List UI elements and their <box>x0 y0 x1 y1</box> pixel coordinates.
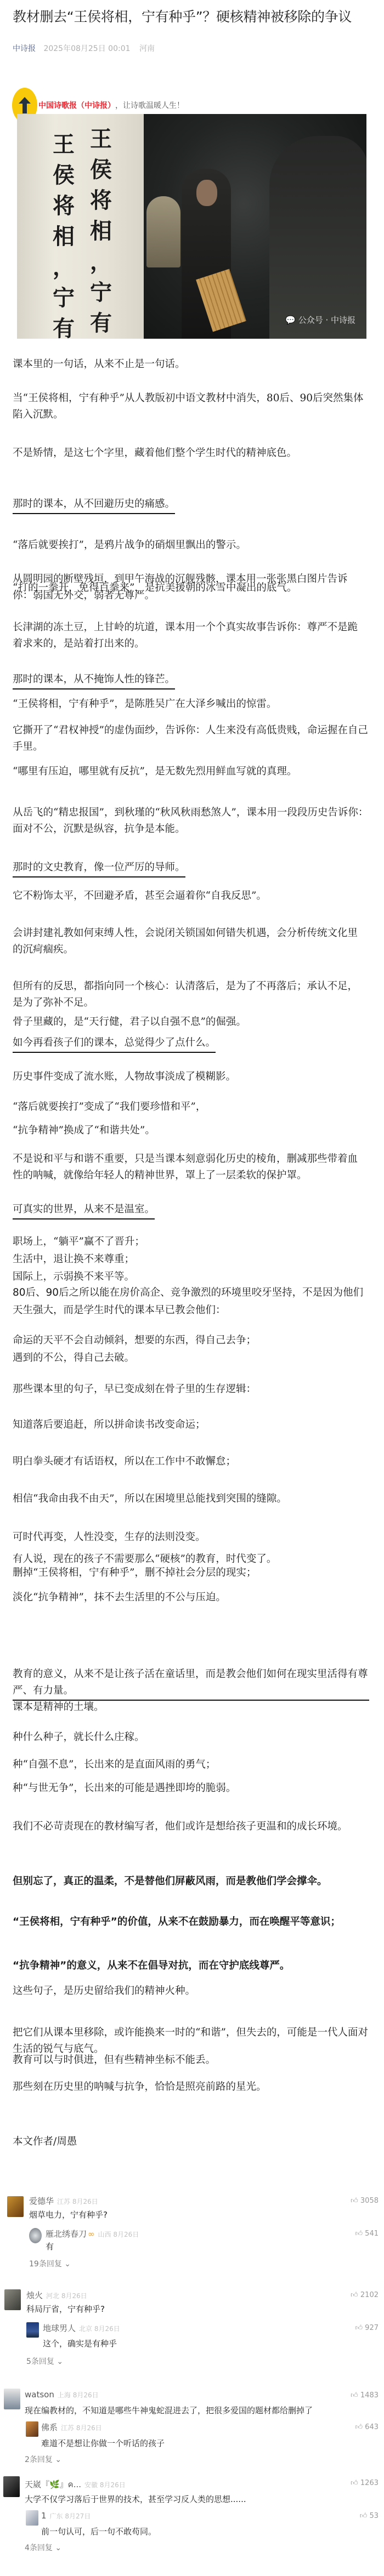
paragraph: 从岳飞的“精忠报国”，到秋瑾的“秋风秋雨愁煞人”，课本用一段段历史告诉你：面对不… <box>13 805 375 837</box>
section-heading: 那时的文史教育，像一位严厉的导师。 <box>13 859 185 877</box>
like-button[interactable]: 👍︎ 541 <box>355 2230 379 2238</box>
paragraph: 长津湖的冻土豆，上甘岭的坑道，课本用一个个真实故事告诉你：尊严不是跪着求来的，是… <box>13 619 364 652</box>
seated-figure <box>146 196 180 267</box>
section-heading: 那时的课本，从不掩饰人性的锋芒。 <box>13 671 175 689</box>
paragraph: 历史事件变成了流水账，人物故事淡成了模糊影。 <box>13 1069 369 1085</box>
comment-username[interactable]: 爱德华 <box>29 2196 54 2206</box>
paragraph: 删掉“王侯将相，宁有种乎”，删不掉社会分层的现实； <box>13 1565 369 1581</box>
avatar[interactable] <box>4 2289 21 2310</box>
avatar[interactable] <box>26 2510 38 2526</box>
paragraph: 这些句子，是历史留给我们的精神火种。 <box>13 1983 372 1999</box>
avatar[interactable] <box>7 2196 24 2217</box>
calligraphy-column-left: 王侯将相，宁有种乎 <box>50 129 77 339</box>
comment: 天崴『🌿』ค...安徽 8月26日 👍︎ 1263 大学不仅学习落后于世界的技术… <box>0 2475 384 2562</box>
reply-text: 难道不是想让你做一个听话的孩子 <box>41 2437 165 2449</box>
expand-replies-button[interactable]: 19条回复 ⌄ <box>29 2258 71 2269</box>
chevron-down-icon: ⌄ <box>64 2260 71 2269</box>
like-button[interactable]: 👍︎ 3058 <box>351 2197 379 2205</box>
avatar[interactable] <box>4 2389 20 2409</box>
paragraph: 明白拳头硬才有话语权，所以在工作中不敢懈怠； <box>13 1454 369 1470</box>
comment-text: 烟草电力，宁有种乎? <box>29 2209 108 2220</box>
chevron-down-icon: ⌄ <box>57 2357 63 2366</box>
avatar[interactable] <box>26 2322 39 2338</box>
comment-username[interactable]: 烛火 <box>26 2290 43 2300</box>
paragraph: 但所有的反思，都指向同一个核心：认清落后，是为了不再落后；承认不足，是为了弥补不… <box>13 978 366 1011</box>
paragraph: 种“自强不息”，长出来的是直面风雨的勇气； <box>13 1757 369 1773</box>
hero-image: 王侯将相，宁有种乎 王侯将相，宁有种乎 💬 公众号 · 中诗报 <box>17 114 366 339</box>
comment-username[interactable]: 天崴『🌿』ค... <box>25 2480 81 2489</box>
vip-badge-icon: ∞ <box>88 2229 95 2239</box>
thumbs-up-icon: 👍︎ <box>355 2324 363 2332</box>
reply-username[interactable]: 佛系 <box>41 2423 58 2432</box>
paragraph: 职场上，“躺平”赢不了晋升； 生活中，退让换不来尊重； 国际上，示弱换不来平等。 <box>13 1233 369 1286</box>
paragraph: 课本是精神的土壤。 <box>13 1699 369 1716</box>
like-button[interactable]: 👍︎ 1483 <box>351 2391 379 2400</box>
watermark: 💬 公众号 · 中诗报 <box>285 314 355 326</box>
chevron-down-icon: ⌄ <box>55 2455 61 2464</box>
paragraph: 种“与世无争”，长出来的可能是遇挫即垮的脆弱。 <box>13 1780 369 1797</box>
paragraph: 它不粉饰太平，不回避矛盾，甚至会逼着你“自我反思”。 <box>13 888 369 904</box>
foreground-figure <box>269 136 366 339</box>
reply-username[interactable]: 地球男人 <box>43 2323 76 2333</box>
paragraph: 种什么种子，就长什么庄稼。 <box>13 1729 369 1746</box>
paragraph: 它撕开了“君权神授”的虚伪面纱，告诉你：人生来没有高低贵贱，命运握在自己手里。 <box>13 722 375 755</box>
expand-replies-button[interactable]: 4条回复 ⌄ <box>25 2542 61 2553</box>
paragraph: 相信“我命由我不由天”，所以在困境里总能找到突围的缝隙。 <box>13 1491 380 1507</box>
paragraph: 淡化“抗争精神”，抹不去生活里的不公与压迫。 <box>13 1589 372 1606</box>
wechat-icon: 💬 <box>285 315 296 325</box>
banner-highlight: 中国诗歌报（中诗报） <box>38 100 115 111</box>
calligraphy-column-right: 王侯将相，宁有种乎 <box>87 124 115 339</box>
avatar[interactable] <box>3 2476 20 2497</box>
thumbs-up-icon: 👍︎ <box>355 2230 363 2238</box>
reply-text: 有 <box>46 2241 54 2252</box>
bold-paragraph: “王侯将相，宁有种乎”的价值，从来不在鼓励暴力，而在唤醒平等意识； <box>13 1914 358 1930</box>
paragraph: 不是说和平与和谐不重要，只是当课本刻意弱化历史的棱角，删减那些带着血性的呐喊，就… <box>13 1151 364 1184</box>
comment: 烛火河北 8月26日 👍︎ 2102 科局厅省，宁有种乎? 地球男人北京 8月2… <box>0 2287 384 2374</box>
paragraph: “抗争精神”换成了“和谐共处”。 <box>13 1122 369 1139</box>
chevron-down-icon: ⌄ <box>55 2544 61 2552</box>
paragraph: 知道落后要追赶，所以拼命读书改变命运； <box>13 1417 369 1433</box>
comment-text: 大学不仅学习落后于世界的技术，甚至学习反人类的思想...... <box>25 2493 246 2505</box>
publish-date: 2025年08月25日 00:01 <box>43 44 130 53</box>
comment: watson上海 8月26日 👍︎ 1483 现在编教材的，不知道是哪些牛神鬼蛇… <box>0 2387 384 2475</box>
banner-text: ，让诗歌温暖人生！ <box>115 100 184 111</box>
section-heading: 教育的意义，从来不是让孩子活在童话里，而是教会他们如何在现实里活得有尊严、有力量… <box>13 1666 369 1701</box>
reply-username[interactable]: 1 <box>41 2511 47 2521</box>
thumbs-up-icon: 👍︎ <box>351 2479 358 2487</box>
figure-face <box>196 180 217 206</box>
paragraph: 当“王侯将相，宁有种乎”从人教版初中语文教材中消失，80后、90后突然集体陷入沉… <box>13 390 369 423</box>
reply-username[interactable]: 雁北绣春刀 <box>46 2229 87 2239</box>
comment-text: 科局厅省，宁有种乎? <box>26 2303 105 2315</box>
paragraph: 教育可以与时俱进，但有些精神坐标不能丢。 <box>13 2052 369 2068</box>
thumbs-up-icon: 👍︎ <box>351 2391 358 2400</box>
calligraphy-scroll: 王侯将相，宁有种乎 王侯将相，宁有种乎 <box>17 114 144 339</box>
thumbs-up-icon: 👍︎ <box>360 2512 368 2520</box>
like-button[interactable]: 👍︎ 927 <box>355 2324 379 2332</box>
section-heading: 如今再看孩子们的课本，总觉得少了点什么。 <box>13 1035 216 1053</box>
paragraph: “哪里有压迫，哪里就有反抗”，是无数先烈用鲜血写就的真理。 <box>13 763 364 780</box>
reply-text: 前一句认可，后一句不敢苟同。 <box>41 2526 156 2537</box>
like-button[interactable]: 👍︎ 2102 <box>351 2291 379 2299</box>
paragraph: 会讲封建礼教如何束缚人性，会说闭关锁国如何错失机遇，会分析传统文化里的沉疴痼疾。 <box>13 925 366 958</box>
avatar[interactable] <box>29 2228 42 2243</box>
thumbs-up-icon: 👍︎ <box>355 2423 363 2431</box>
expand-replies-button[interactable]: 5条回复 ⌄ <box>26 2356 63 2367</box>
paragraph: “王侯将相，宁有种乎”，是陈胜吴广在大泽乡喊出的惊雷。 <box>13 696 369 713</box>
comment-username[interactable]: watson <box>25 2390 54 2400</box>
section-heading: 那时的课本，从不回避历史的痛感。 <box>13 496 175 514</box>
avatar[interactable] <box>26 2421 38 2437</box>
source-link[interactable]: 中诗报 <box>13 44 36 53</box>
article-meta: 中诗报 2025年08月25日 00:01 河南 <box>13 43 155 55</box>
bold-paragraph: 但别忘了，真正的温柔，不是替他们屏蔽风雨，而是教他们学会撑伞。 <box>13 1873 369 1890</box>
author-line: 本文作者/周愚 <box>13 2134 369 2150</box>
comment: 爱德华江苏 8月26日 👍︎ 3058 烟草电力，宁有种乎? 雁北绣春刀∞山西 … <box>0 2192 384 2280</box>
section-heading: 可真实的世界，从来不是温室。 <box>13 1201 155 1219</box>
paragraph: 命运的天平不会自动倾斜，想要的东西，得自己去争； 遇到的不公，得自己去破。 <box>13 1332 369 1367</box>
paragraph: 80后、90后之所以能在房价高企、竞争激烈的环境里咬牙坚持，不是因为他们天生强大… <box>13 1284 372 1319</box>
paragraph: “打的一拳开，免得百拳来”，是抗美援朝的冰雪中凝出的底气。 <box>13 580 364 596</box>
like-button[interactable]: 👍︎ 1263 <box>351 2479 379 2487</box>
paragraph: 课本里的一句话，从来不止是一句话。 <box>13 356 369 373</box>
like-button[interactable]: 👍︎ 53 <box>360 2512 379 2520</box>
paragraph: 我们不必苛责现在的教材编写者，他们或许是想给孩子更温和的成长环境。 <box>13 1819 369 1835</box>
bold-paragraph: “抗争精神”的意义，从来不在倡导对抗，而在守护底线尊严。 <box>13 1958 369 1974</box>
thumbs-up-icon: 👍︎ <box>351 2291 358 2299</box>
paragraph: 那些课本里的句子，早已变成刻在骨子里的生存逻辑： <box>13 1381 369 1398</box>
reply-text: 这个，确实是有种乎 <box>43 2338 117 2349</box>
comment-text: 现在编教材的，不知道是哪些牛神鬼蛇混进去了，把很多爱国的题材都给删掉了 <box>25 2404 313 2416</box>
thumbs-up-icon: 👍︎ <box>351 2197 358 2205</box>
publish-location: 河南 <box>139 44 155 53</box>
article-title: 教材删去“王侯将相，宁有种乎”？硬核精神被移除的争议 <box>13 8 375 26</box>
like-button[interactable]: 👍︎ 643 <box>355 2423 379 2431</box>
expand-replies-button[interactable]: 2条回复 ⌄ <box>25 2454 61 2465</box>
paragraph: 不是矫情，是这七个字里，藏着他们整个学生时代的精神底色。 <box>13 445 369 461</box>
paragraph: 那些刻在历史里的呐喊与抗争，恰恰是照亮前路的星光。 <box>13 2079 369 2095</box>
paragraph: “落后就要挨打”，是鸦片战争的硝烟里飘出的警示。 <box>13 537 369 554</box>
paragraph: “落后就要挨打”变成了“我们要珍惜和平”， <box>13 1099 369 1115</box>
paragraph: 可时代再变，人性没变，生存的法则没变。 <box>13 1529 369 1546</box>
paragraph: 骨子里藏的，是“天行健，君子以自强不息”的倔强。 <box>13 1014 369 1030</box>
